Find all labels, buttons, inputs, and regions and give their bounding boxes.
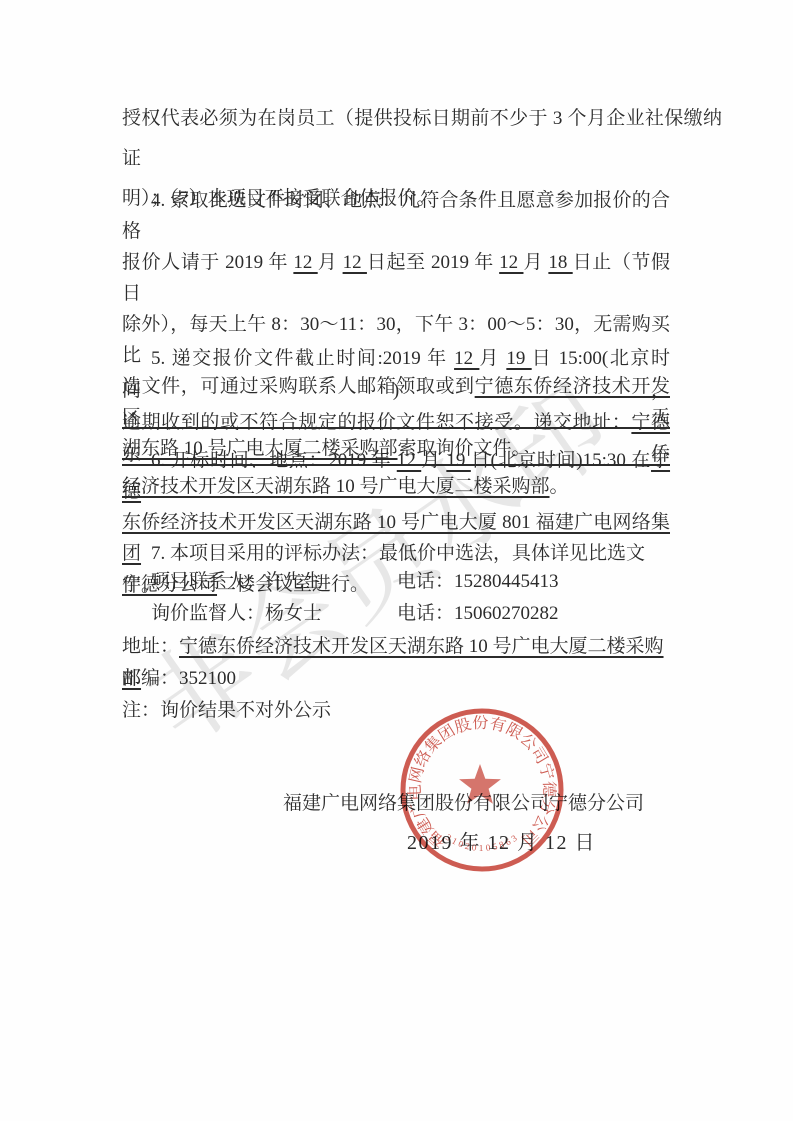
text-segment: 授权代表必须为在岗员工（提供投标日期前不少于 3 个月企业社保缴纳证: [122, 108, 722, 169]
document-page: 非会员水印 授权代表必须为在岗员工（提供投标日期前不少于 3 个月企业社保缴纳证…: [0, 0, 793, 1121]
contact-row-supervisor: 询价监督人：杨女士电话：15060270282: [122, 598, 670, 630]
text-segment: 4. 索取比选文件时间、地点：凡符合条件且愿意参加报价的合格: [122, 190, 670, 242]
text-segment: 地址：: [122, 636, 179, 657]
seal-serial: 31020105863: [444, 831, 521, 853]
text-segment: 项目联系人：许先生: [151, 571, 322, 592]
underlined-text: 18: [548, 252, 572, 273]
text-segment: 6. 开标时间、地点：2019 年: [151, 450, 397, 471]
underlined-text: 12: [454, 348, 479, 369]
underlined-text: 19: [506, 348, 531, 369]
text-line: 项目联系人：许先生电话：15280445413: [122, 566, 670, 598]
underlined-text: 12: [343, 252, 367, 273]
postal-line: 邮编：352100: [122, 663, 670, 695]
text-segment: 询价监督人：杨女士: [151, 603, 322, 624]
text-line: 6. 开标时间、地点：2019 年 12 月 19 日(北京时间)15:30 在…: [122, 445, 670, 507]
text-line: 授权代表必须为在岗员工（提供投标日期前不少于 3 个月企业社保缴纳证: [122, 99, 722, 179]
text-line: 4. 索取比选文件时间、地点：凡符合条件且愿意参加报价的合格: [122, 185, 670, 247]
document-body: 授权代表必须为在岗员工（提供投标日期前不少于 3 个月企业社保缴纳证明）；（7）…: [0, 0, 793, 1121]
text-segment: 逾期收到的或不符合规定的报价文件恕不接受。递交地址：: [122, 412, 631, 433]
text-segment: 报价人请于 2019 年: [122, 252, 293, 273]
text-segment: 注：询价结果不对外公示: [122, 700, 331, 721]
text-line: 邮编：352100: [122, 663, 670, 695]
text-segment: 月: [421, 450, 446, 471]
underlined-text: 12: [293, 252, 317, 273]
text-line: 询价监督人：杨女士电话：15060270282: [122, 598, 670, 630]
company-seal-stamp: 福建广电网络集团股份有限公司宁德分公司 31020105863: [394, 702, 570, 878]
underlined-text: 12: [499, 252, 523, 273]
text-segment: 电话：15060270282: [397, 603, 559, 624]
text-segment: 日起至 2019 年: [367, 252, 499, 273]
text-line: 报价人请于 2019 年 12 月 12 日起至 2019 年 12 月 18 …: [122, 247, 670, 309]
star-icon: [459, 764, 501, 804]
text-segment: 月: [479, 348, 506, 369]
text-segment: 月: [523, 252, 548, 273]
underlined-text: 12: [397, 450, 421, 471]
contact-row-project: 项目联系人：许先生电话：15280445413: [122, 566, 670, 598]
text-segment: 5. 递交报价文件截止时间:2019 年: [151, 348, 454, 369]
text-line: 5. 递交报价文件截止时间:2019 年 12 月 19 日 15:00(北京时…: [122, 343, 670, 407]
text-segment: 日(北京时间)15:30 在: [471, 450, 651, 471]
underlined-text: 19: [446, 450, 470, 471]
text-segment: 邮编：352100: [122, 668, 236, 689]
text-segment: 电话：15280445413: [397, 571, 559, 592]
text-segment: 月: [318, 252, 343, 273]
